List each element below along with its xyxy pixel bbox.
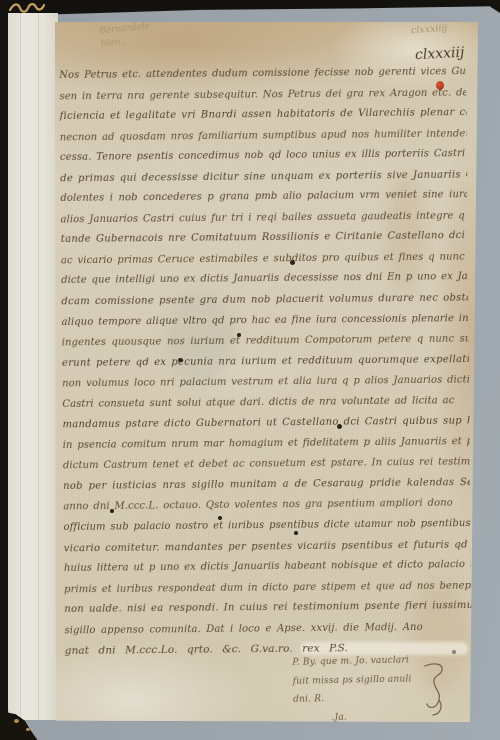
gold-fleck [26,728,30,731]
paraph-flourish-icon [421,660,447,718]
flyleaf-crease [20,13,21,720]
manuscript-text-block: Nos Petrus etc. attendentes dudum comiss… [59,66,472,670]
ink-hole [294,531,298,535]
folio-number: clxxxiij [415,45,465,64]
gold-fleck [14,719,19,723]
folio-number-faint: clxxxiiij [411,23,448,37]
parchment-page: Bernardele bien , clxxxiiij clxxxiij Nos… [55,22,478,722]
faded-inscription: Bernardele bien , [99,20,152,51]
ink-hole [337,424,342,429]
ink-hole [110,509,114,513]
flyleaf-crease [38,13,39,720]
gray-spot [452,650,456,654]
ink-hole [218,516,222,520]
ink-hole [237,333,241,337]
ink-hole [178,358,183,362]
book-binding-top-right-corner [486,0,500,13]
manuscript-photo: Bernardele bien , clxxxiiij clxxxiij Nos… [0,0,500,740]
ink-hole [290,260,295,265]
book-binding-top-edge [0,0,500,16]
